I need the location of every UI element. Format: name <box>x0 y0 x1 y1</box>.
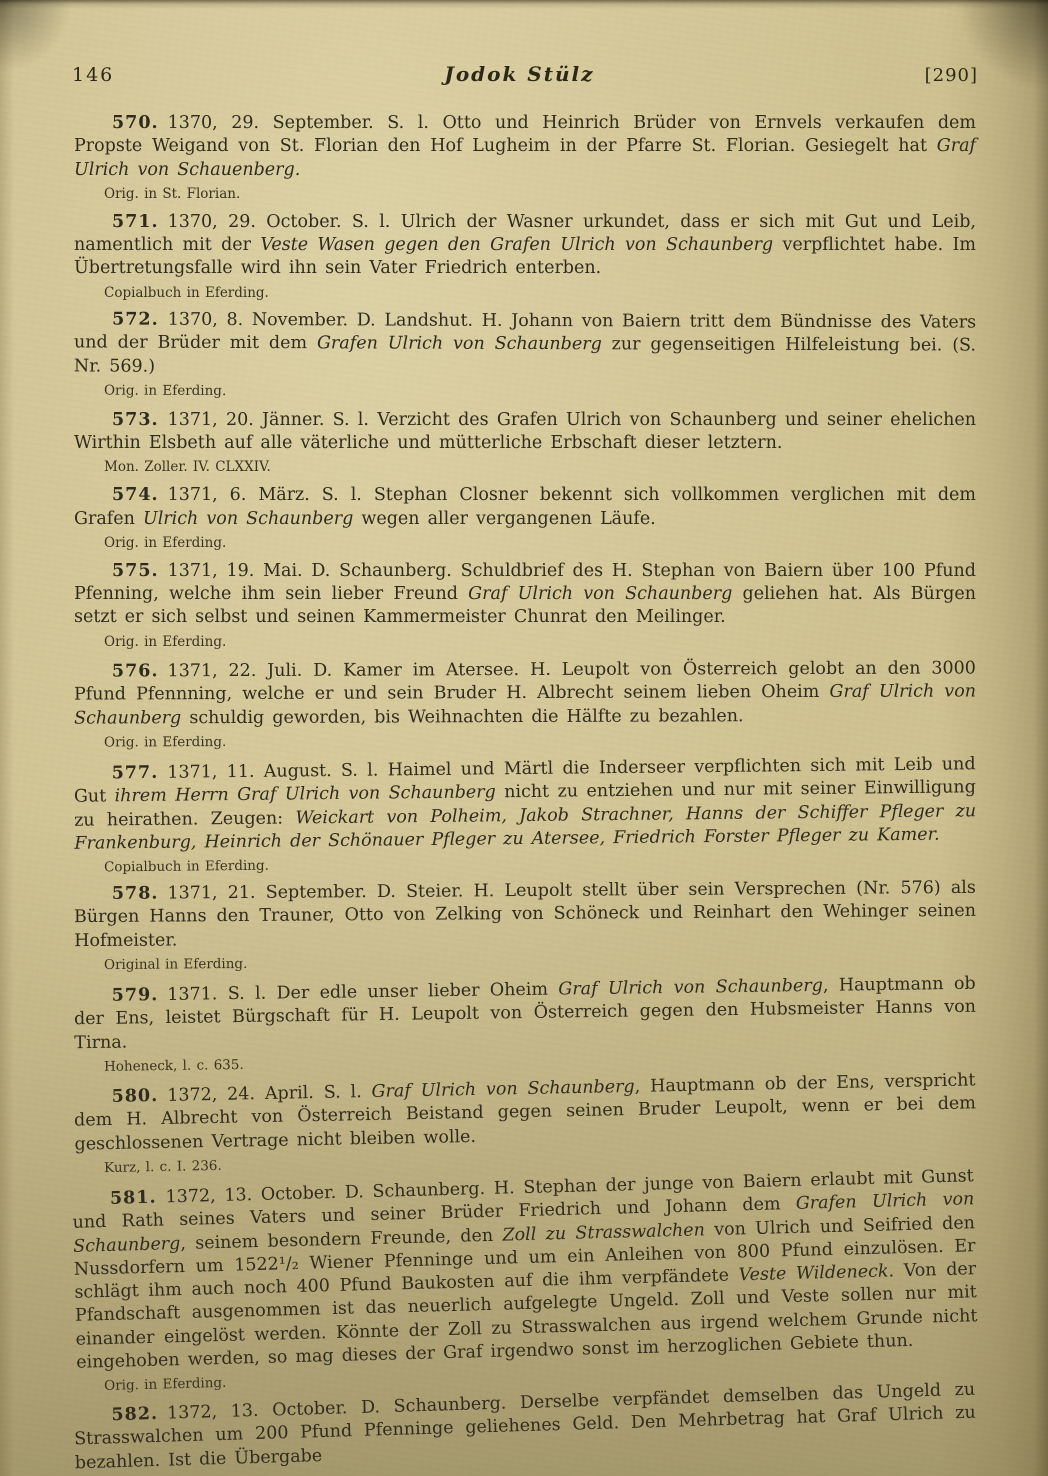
entry-number: 582. <box>111 1404 158 1425</box>
entry-number: 571. <box>112 212 159 232</box>
entry-text-italic: Graf Ulrich von Schaunberg <box>558 976 823 1000</box>
entry-text-italic: Ulrich von Schaunberg <box>143 509 353 529</box>
entry-number: 578. <box>112 883 159 903</box>
entry-574: 574.1371, 6. März. S. l. Stephan Closner… <box>74 484 976 531</box>
entries: 570.1370, 29. September. S. l. Otto und … <box>74 112 976 1462</box>
entry-number: 576. <box>112 661 159 681</box>
entry-text: 1371, 21. September. D. Steier. H. Leupo… <box>74 878 976 951</box>
page-number: 146 <box>72 64 114 86</box>
entry-number: 574. <box>112 485 159 505</box>
entry-text-italic: ihrem Herrn Graf Ulrich von Schaunberg <box>114 782 495 806</box>
entry-number: 573. <box>112 410 159 430</box>
entry-number: 581. <box>110 1187 157 1208</box>
entry-text-italic: Graf Ulrich von Schaunberg <box>468 584 732 604</box>
entry-572: 572.1370, 8. November. D. Landshut. H. J… <box>74 308 976 381</box>
entry-text: 1371. S. l. Der edle unser lieber Oheim <box>167 979 558 1004</box>
entry-text-italic: Graf Ulrich von Schaunberg <box>371 1077 634 1102</box>
entry-576: 576.1371, 22. Juli. D. Kamer im Atersee.… <box>74 657 976 730</box>
entry-570: 570.1370, 29. September. S. l. Otto und … <box>74 112 976 182</box>
entry-number: 579. <box>112 985 159 1006</box>
entry-581: 581.1372, 13. October. D. Schaunberg. H.… <box>72 1165 979 1375</box>
entry-source: Mon. Zoller. IV. CLXXIV. <box>74 458 976 476</box>
entry-579: 579.1371. S. l. Der edle unser lieber Oh… <box>74 972 977 1054</box>
entry-source: Orig. in Eferding. <box>74 381 976 402</box>
entry-text-italic: Grafen Ulrich von Schaunberg <box>317 333 602 354</box>
entry-text: schuldig geworden, bis Weihnachten die H… <box>181 706 743 728</box>
entry-578: 578.1371, 21. September. D. Steier. H. L… <box>74 877 976 953</box>
entry-text: 1371, 20. Jänner. S. l. Verzicht des Gra… <box>74 410 976 453</box>
entry-580: 580.1372, 24. April. S. l. Graf Ulrich v… <box>73 1069 976 1156</box>
page-header: 146 Jodok Stülz [290] <box>0 0 1048 86</box>
entry-source: Copialbuch in Eferding. <box>74 284 976 302</box>
entry-text-italic: Zoll zu Strasswalchen <box>502 1219 705 1244</box>
entry-source: Orig. in Eferding. <box>74 633 976 651</box>
entry-source: Orig. in Eferding. <box>74 730 976 751</box>
running-title: Jodok Stülz <box>114 62 924 86</box>
entry-577: 577.1371, 11. August. S. l. Haimel und M… <box>74 753 977 856</box>
entry-text: wegen aller vergangenen Läufe. <box>353 509 655 529</box>
entry-text: 1372, 24. April. S. l. <box>167 1082 372 1106</box>
entry-number: 580. <box>111 1086 158 1107</box>
folio-number: [290] <box>925 65 978 86</box>
entry-575: 575.1371, 19. Mai. D. Schaunberg. Schuld… <box>74 560 976 630</box>
entry-text-italic: Veste Wasen gegen den Grafen Ulrich von … <box>260 235 773 255</box>
entry-573: 573.1371, 20. Jänner. S. l. Verzicht des… <box>74 409 976 456</box>
entry-source: Orig. in St. Florian. <box>74 185 976 203</box>
entry-number: 577. <box>112 762 159 782</box>
entry-source: Orig. in Eferding. <box>74 534 976 552</box>
entry-number: 572. <box>112 309 159 329</box>
entry-number: 570. <box>112 113 159 133</box>
entry-text: 1372, 13. October. D. Schaunberg. Dersel… <box>74 1380 976 1473</box>
scanned-book-page: 146 Jodok Stülz [290] 570.1370, 29. Sept… <box>0 0 1048 1476</box>
entry-text-italic: Veste Wildeneck <box>738 1261 888 1285</box>
entry-source: Original in Eferding. <box>74 950 976 974</box>
entry-571: 571.1370, 29. October. S. l. Ulrich der … <box>74 211 976 281</box>
entry-number: 575. <box>112 561 159 581</box>
entry-582: 582.1372, 13. October. D. Schaunberg. De… <box>73 1379 977 1476</box>
entry-text: 1370, 29. September. S. l. Otto und Hein… <box>74 113 976 156</box>
